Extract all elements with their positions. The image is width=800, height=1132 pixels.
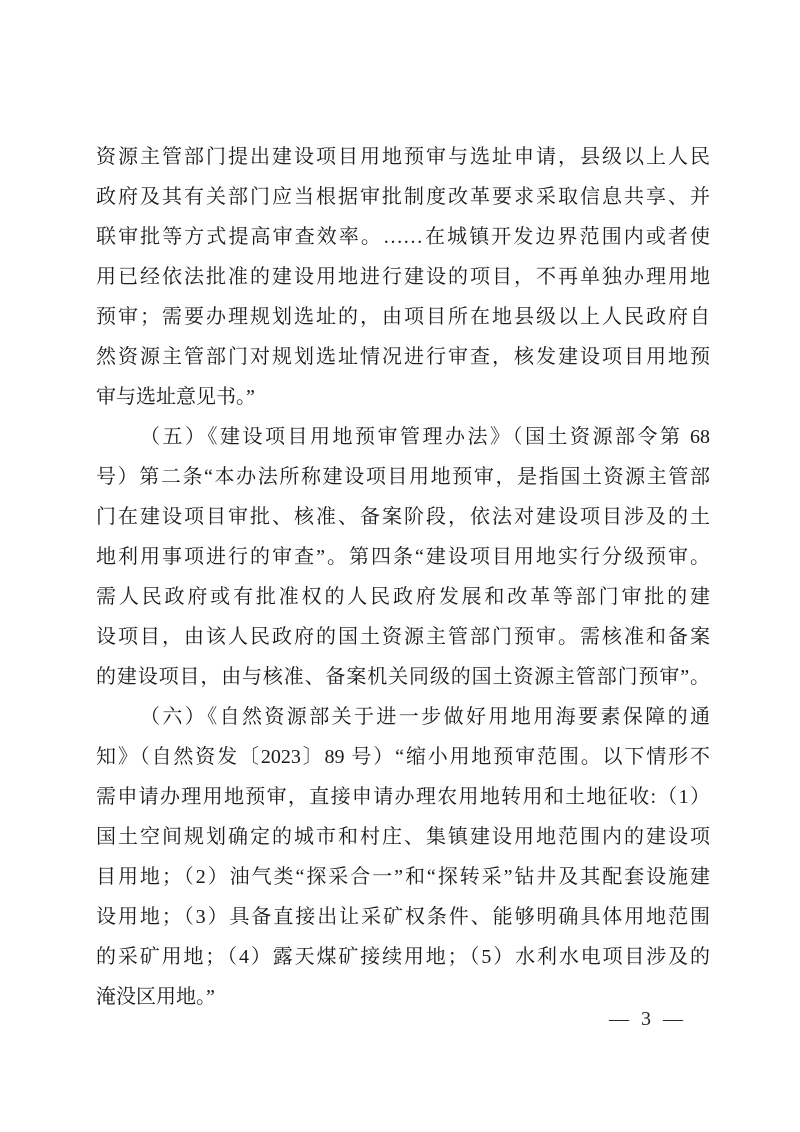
text-line: 国土空间规划确定的城市和村庄、集镇建设用地范围内的建设项 <box>96 817 710 857</box>
text-line: 用已经依法批准的建设用地进行建设的项目，不再单独办理用地 <box>96 257 710 297</box>
text-line: 然资源主管部门对规划选址情况进行审查，核发建设项目用地预 <box>96 337 710 377</box>
text-line: 政府及其有关部门应当根据审批制度改革要求采取信息共享、并 <box>96 177 710 217</box>
text-line-paragraph-start: （六）《自然资源部关于进一步做好用地用海要素保障的通 <box>96 697 710 737</box>
text-line: 知》（自然资发〔2023〕89 号）“缩小用地预审范围。以下情形不 <box>96 737 710 777</box>
document-page: 资源主管部门提出建设项目用地预审与选址申请，县级以上人民 政府及其有关部门应当根… <box>0 0 800 1132</box>
text-line: 需人民政府或有批准权的人民政府发展和改革等部门审批的建 <box>96 577 710 617</box>
text-line: 地利用事项进行的审查”。第四条“建设项目用地实行分级预审。 <box>96 537 710 577</box>
text-line: 预审；需要办理规划选址的，由项目所在地县级以上人民政府自 <box>96 297 710 337</box>
text-line: 号）第二条“本办法所称建设项目用地预审，是指国土资源主管部 <box>96 457 710 497</box>
text-line: 目用地；（2）油气类“探采合一”和“探转采”钻井及其配套设施建 <box>96 857 710 897</box>
text-line: 的采矿用地；（4）露天煤矿接续用地；（5）水利水电项目涉及的 <box>96 937 710 977</box>
text-line: 门在建设项目审批、核准、备案阶段，依法对建设项目涉及的土 <box>96 497 710 537</box>
text-line: 审与选址意见书。” <box>96 377 710 417</box>
text-line: 联审批等方式提高审查效率。……在城镇开发边界范围内或者使 <box>96 217 710 257</box>
text-line: 的建设项目，由与核准、备案机关同级的国土资源主管部门预审”。 <box>96 657 710 697</box>
text-line: 需申请办理用地预审，直接申请办理农用地转用和土地征收:（1） <box>96 777 710 817</box>
text-line: 设项目，由该人民政府的国土资源主管部门预审。需核准和备案 <box>96 617 710 657</box>
text-line: 资源主管部门提出建设项目用地预审与选址申请，县级以上人民 <box>96 137 710 177</box>
page-number: — 3 — <box>96 1006 683 1032</box>
text-line: 设用地；（3）具备直接出让采矿权条件、能够明确具体用地范围 <box>96 897 710 937</box>
document-body: 资源主管部门提出建设项目用地预审与选址申请，县级以上人民 政府及其有关部门应当根… <box>96 137 710 1017</box>
text-line-paragraph-start: （五）《建设项目用地预审管理办法》（国土资源部令第 68 <box>96 417 710 457</box>
